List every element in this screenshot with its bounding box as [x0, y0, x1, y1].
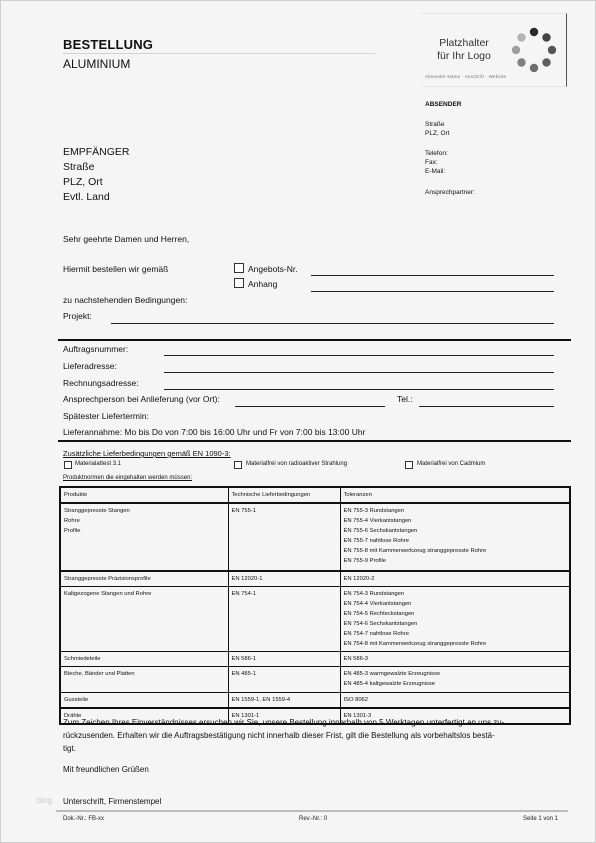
delivery-address-label: Lieferadresse:: [63, 361, 117, 371]
table-row: SchmiedeteileEN 586-1EN 586-3: [60, 652, 570, 667]
cell-line: EN 12020-2: [344, 574, 567, 584]
spinner-dots-icon: [509, 25, 559, 75]
sender-heading: ABSENDER: [425, 101, 461, 108]
cell-line: EN 586-1: [232, 654, 337, 664]
contact-person-field[interactable]: [235, 406, 385, 407]
order-form-page: BESTELLUNG ALUMINIUM Platzhalter für Ihr…: [0, 0, 596, 843]
offer-number-checkbox[interactable]: [234, 263, 244, 273]
table-cell-technical: EN 755-1: [228, 503, 340, 571]
radiation-free-checkbox[interactable]: [234, 461, 242, 469]
recipient-street: Straße: [63, 160, 95, 175]
closing-greeting: Mit freundlichen Grüßen: [63, 765, 149, 774]
cell-line: EN 485-1: [232, 669, 337, 679]
cell-line: EN 754-5 Rechteckstangen: [344, 609, 567, 619]
delivery-phone-label: Tel.:: [397, 394, 413, 404]
sender-phone-label: Telefon:: [425, 150, 448, 157]
cell-line: EN 754-1: [232, 589, 337, 599]
cell-line: EN 755-9 Profile: [344, 556, 567, 566]
cell-line: EN 754-4 Vierkantstangen: [344, 599, 567, 609]
attachment-checkbox[interactable]: [234, 278, 244, 288]
watermark-text: blog: [37, 796, 52, 805]
cell-line: EN 755-6 Sechskantstangen: [344, 526, 567, 536]
cell-line: EN 1559-1, EN 1559-4: [232, 695, 337, 705]
product-norms-heading: Produktnormen die eingehalten werden müs…: [63, 475, 192, 481]
table-header-cell: Technische Lieferbedingungen: [228, 487, 340, 503]
cell-line: Rohre: [64, 516, 225, 526]
table-row: Stranggepresste StangenRohreProfileEN 75…: [60, 503, 570, 571]
cell-line: EN 755-4 Vierkantstangen: [344, 516, 567, 526]
material-certificate-label: Materialattest 3.1: [75, 461, 121, 467]
table-cell-technical: EN 586-1: [228, 652, 340, 667]
offer-number-field[interactable]: [311, 275, 554, 276]
cell-line: Gussteile: [64, 695, 225, 705]
order-number-label: Auftragsnummer:: [63, 344, 128, 354]
table-cell-products: Stranggepresste StangenRohreProfile: [60, 503, 228, 571]
logo-line-1: Platzhalter: [433, 37, 495, 50]
closing-line-2: rückzusenden. Erhalten wir die Auftragsb…: [63, 729, 573, 742]
cell-line: EN 754-6 Sechskantstangen: [344, 619, 567, 629]
table-cell-technical: EN 485-1: [228, 667, 340, 693]
sender-street: Straße: [425, 121, 445, 128]
cell-line: EN 755-8 mit Kammerwerkzeug stranggepres…: [344, 546, 567, 556]
order-intro: Hiermit bestellen wir gemäß: [63, 264, 168, 274]
table-cell-tolerances: EN 754-3 RundstangenEN 754-4 Vierkantsta…: [340, 587, 570, 652]
revision-number: Rev.-Nr.: 0: [299, 816, 327, 822]
cell-line: EN 755-1: [232, 506, 337, 516]
table-cell-tolerances: EN 755-3 RundstangenEN 755-4 Vierkantsta…: [340, 503, 570, 571]
table-header-cell: Toleranzen: [340, 487, 570, 503]
table-row: Stranggepresste PräzisionsprofileEN 1202…: [60, 571, 570, 587]
cell-line: EN 12020-1: [232, 574, 337, 584]
offer-number-label: Angebots-Nr.: [248, 264, 298, 274]
signature-label: Unterschrift, Firmenstempel: [63, 797, 161, 806]
cell-line: EN 754-7 nahtlose Rohre: [344, 629, 567, 639]
material-certificate-checkbox[interactable]: [64, 461, 72, 469]
table-cell-tolerances: EN 12020-2: [340, 571, 570, 587]
cell-line: Kaltgezogene Stangen und Rohre: [64, 589, 225, 599]
additional-conditions-heading: Zusätzliche Lieferbedingungen gemäß EN 1…: [63, 449, 231, 458]
table-cell-technical: EN 1559-1, EN 1559-4: [228, 693, 340, 709]
cadmium-free-checkbox[interactable]: [405, 461, 413, 469]
delivery-phone-field[interactable]: [419, 406, 554, 407]
document-subtitle: ALUMINIUM: [63, 57, 130, 71]
table-header-cell: Produkte: [60, 487, 228, 503]
recipient-city: PLZ, Ort: [63, 175, 103, 190]
attachment-label: Anhang: [248, 279, 277, 289]
conditions-text: zu nachstehenden Bedingungen:: [63, 295, 187, 305]
sender-email-label: E-Mail:: [425, 168, 445, 175]
table-cell-products: Schmiedeteile: [60, 652, 228, 667]
logo-line-2: für Ihr Logo: [433, 50, 495, 63]
logo-tagline: Absender-Name · Anschrift · Website: [425, 74, 506, 79]
table-header-row: ProdukteTechnische LieferbedingungenTole…: [60, 487, 570, 503]
table-cell-products: Bleche, Bänder und Platten: [60, 667, 228, 693]
table-cell-technical: EN 754-1: [228, 587, 340, 652]
closing-line-1: Zum Zeichen Ihres Einverständnisses ersu…: [63, 716, 573, 729]
cadmium-free-label: Materialfrei von Cadmium: [417, 461, 485, 467]
sender-city: PLZ, Ort: [425, 130, 450, 137]
latest-delivery-label: Spätester Liefertermin:: [63, 411, 149, 421]
table-cell-tolerances: EN 485-3 warmgewalzte ErzeugnisseEN 485-…: [340, 667, 570, 693]
table-cell-products: Stranggepresste Präzisionsprofile: [60, 571, 228, 587]
table-row: GussteileEN 1559-1, EN 1559-4ISO 8062: [60, 693, 570, 709]
table-cell-tolerances: EN 586-3: [340, 652, 570, 667]
cell-line: EN 586-3: [344, 654, 567, 664]
table-cell-tolerances: ISO 8062: [340, 693, 570, 709]
sender-fax-label: Fax:: [425, 159, 438, 166]
title-divider: [63, 53, 375, 54]
table-cell-technical: EN 12020-1: [228, 571, 340, 587]
cell-line: EN 754-3 Rundstangen: [344, 589, 567, 599]
billing-address-field[interactable]: [164, 389, 554, 390]
section-divider-top: [58, 339, 571, 341]
order-number-field[interactable]: [164, 355, 554, 356]
attachment-field[interactable]: [311, 291, 554, 292]
closing-line-3: tigt.: [63, 742, 573, 755]
salutation: Sehr geehrte Damen und Herren,: [63, 234, 189, 244]
cell-line: EN 485-4 kaltgewalzte Erzeugnisse: [344, 679, 567, 689]
project-field[interactable]: [111, 323, 554, 324]
logo-placeholder-text: Platzhalter für Ihr Logo: [433, 37, 495, 63]
contact-person-label: Ansprechperson bei Anlieferung (vor Ort)…: [63, 394, 220, 404]
recipient-country: Evtl. Land: [63, 190, 110, 205]
document-title: BESTELLUNG: [63, 37, 153, 52]
footer-divider: [56, 810, 568, 812]
cell-line: EN 485-3 warmgewalzte Erzeugnisse: [344, 669, 567, 679]
table-row: Bleche, Bänder und PlattenEN 485-1EN 485…: [60, 667, 570, 693]
cell-line: Stranggepresste Stangen: [64, 506, 225, 516]
sender-contact-label: Ansprechpartner:: [425, 189, 475, 196]
page-number: Seite 1 von 1: [523, 816, 558, 822]
cell-line: Bleche, Bänder und Platten: [64, 669, 225, 679]
doc-number: Dok.-Nr.: FB-xx: [63, 816, 104, 822]
recipient-heading: EMPFÄNGER: [63, 145, 130, 160]
cell-line: EN 755-3 Rundstangen: [344, 506, 567, 516]
table-cell-products: Gussteile: [60, 693, 228, 709]
project-label: Projekt:: [63, 311, 92, 321]
cell-line: Stranggepresste Präzisionsprofile: [64, 574, 225, 584]
billing-address-label: Rechnungsadresse:: [63, 378, 139, 388]
delivery-address-field[interactable]: [164, 372, 554, 373]
cell-line: EN 755-7 nahtlose Rohre: [344, 536, 567, 546]
cell-line: ISO 8062: [344, 695, 567, 705]
table-cell-products: Kaltgezogene Stangen und Rohre: [60, 587, 228, 652]
delivery-hours: Lieferannahme: Mo bis Do von 7:00 bis 16…: [63, 427, 365, 437]
radiation-free-label: Materialfrei von radioaktiver Strahlung: [246, 461, 347, 467]
cell-line: Profile: [64, 526, 225, 536]
cell-line: EN 754-8 mit Kammerwerkzeug stranggepres…: [344, 639, 567, 649]
table-row: Kaltgezogene Stangen und RohreEN 754-1EN…: [60, 587, 570, 652]
product-norms-table: ProdukteTechnische LieferbedingungenTole…: [59, 486, 571, 725]
section-divider-bottom: [58, 440, 571, 442]
closing-paragraph: Zum Zeichen Ihres Einverständnisses ersu…: [63, 716, 573, 755]
cell-line: Schmiedeteile: [64, 654, 225, 664]
